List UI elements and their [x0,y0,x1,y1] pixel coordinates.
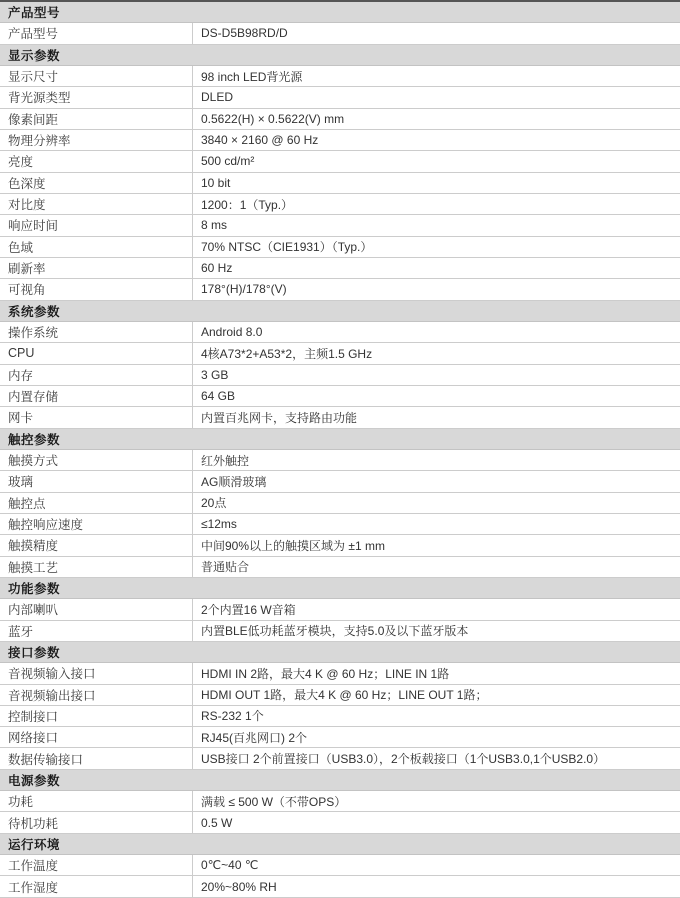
spec-label: 控制接口 [0,706,193,726]
table-row: 音视频输入接口HDMI IN 2路，最大4 K @ 60 Hz；LINE IN … [0,663,680,684]
spec-label: 色深度 [0,173,193,193]
table-row: CPU4核A73*2+A53*2，主频1.5 GHz [0,343,680,364]
table-row: 操作系统Android 8.0 [0,322,680,343]
table-row: 工作湿度20%~80% RH [0,876,680,897]
section-header: 接口参数 [0,642,680,663]
spec-value: 3840 × 2160 @ 60 Hz [193,130,680,150]
spec-label: 触控响应速度 [0,514,193,534]
spec-value: RS-232 1个 [193,706,680,726]
section-header: 系统参数 [0,301,680,322]
spec-value: 10 bit [193,173,680,193]
table-row: 背光源类型DLED [0,87,680,108]
spec-value: 178°(H)/178°(V) [193,279,680,299]
spec-label: 触摸方式 [0,450,193,470]
spec-value: AG顺滑玻璃 [193,471,680,491]
spec-label: 显示尺寸 [0,66,193,86]
spec-label: 可视角 [0,279,193,299]
table-row: 亮度500 cd/m² [0,151,680,172]
spec-label: 待机功耗 [0,812,193,832]
table-row: 触摸方式红外触控 [0,450,680,471]
spec-label: 功耗 [0,791,193,811]
spec-value: 红外触控 [193,450,680,470]
spec-value: 500 cd/m² [193,151,680,171]
table-row: 工作温度0℃~40 ℃ [0,855,680,876]
table-row: 显示尺寸98 inch LED背光源 [0,66,680,87]
table-row: 内存3 GB [0,365,680,386]
spec-label: 网络接口 [0,727,193,747]
spec-value: 98 inch LED背光源 [193,66,680,86]
spec-value: 60 Hz [193,258,680,278]
table-row: 控制接口RS-232 1个 [0,706,680,727]
table-row: 触摸工艺普通贴合 [0,557,680,578]
spec-label: 触摸精度 [0,535,193,555]
spec-label: 触摸工艺 [0,557,193,577]
spec-label: 音视频输入接口 [0,663,193,683]
spec-value: 中间90%以上的触摸区域为 ±1 mm [193,535,680,555]
spec-value: 70% NTSC（CIE1931）（Typ.） [193,237,680,257]
spec-value: 8 ms [193,215,680,235]
spec-value: 20点 [193,493,680,513]
table-row: 玻璃AG顺滑玻璃 [0,471,680,492]
table-row: 网络接口RJ45(百兆网口) 2个 [0,727,680,748]
spec-label: 触控点 [0,493,193,513]
spec-value: 内置百兆网卡，支持路由功能 [193,407,680,427]
table-row: 响应时间8 ms [0,215,680,236]
table-row: 产品型号DS-D5B98RD/D [0,23,680,44]
spec-label: 内置存储 [0,386,193,406]
table-row: 数据传输接口USB接口 2个前置接口（USB3.0），2个板载接口（1个USB3… [0,748,680,769]
table-row: 触摸精度中间90%以上的触摸区域为 ±1 mm [0,535,680,556]
table-row: 像素间距0.5622(H) × 0.5622(V) mm [0,109,680,130]
table-row: 待机功耗0.5 W [0,812,680,833]
spec-value: HDMI IN 2路，最大4 K @ 60 Hz；LINE IN 1路 [193,663,680,683]
table-row: 触控响应速度≤12ms [0,514,680,535]
spec-label: 工作温度 [0,855,193,875]
section-header: 触控参数 [0,429,680,450]
spec-value: RJ45(百兆网口) 2个 [193,727,680,747]
spec-label: 对比度 [0,194,193,214]
section-header: 运行环境 [0,834,680,855]
spec-value: 0℃~40 ℃ [193,855,680,875]
spec-value: 4核A73*2+A53*2，主频1.5 GHz [193,343,680,363]
spec-label: 数据传输接口 [0,748,193,768]
section-header: 电源参数 [0,770,680,791]
spec-label: 物理分辨率 [0,130,193,150]
spec-label: 网卡 [0,407,193,427]
spec-label: 背光源类型 [0,87,193,107]
spec-label: 色域 [0,237,193,257]
spec-value: ≤12ms [193,514,680,534]
table-row: 蓝牙内置BLE低功耗蓝牙模块，支持5.0及以下蓝牙版本 [0,621,680,642]
spec-value: Android 8.0 [193,322,680,342]
spec-label: 亮度 [0,151,193,171]
spec-label: 产品型号 [0,23,193,43]
spec-value: HDMI OUT 1路，最大4 K @ 60 Hz；LINE OUT 1路； [193,685,680,705]
table-row: 刷新率60 Hz [0,258,680,279]
spec-label: 内部喇叭 [0,599,193,619]
table-row: 对比度1200：1（Typ.） [0,194,680,215]
table-row: 物理分辨率3840 × 2160 @ 60 Hz [0,130,680,151]
spec-value: 2个内置16 W音箱 [193,599,680,619]
spec-label: 操作系统 [0,322,193,342]
spec-label: CPU [0,343,193,363]
spec-value: 3 GB [193,365,680,385]
spec-value: 1200：1（Typ.） [193,194,680,214]
spec-label: 玻璃 [0,471,193,491]
spec-value: 满载 ≤ 500 W（不带OPS） [193,791,680,811]
table-row: 内置存储64 GB [0,386,680,407]
table-row: 音视频输出接口HDMI OUT 1路，最大4 K @ 60 Hz；LINE OU… [0,685,680,706]
spec-label: 音视频输出接口 [0,685,193,705]
spec-label: 工作湿度 [0,876,193,896]
table-row: 触控点20点 [0,493,680,514]
spec-value: 0.5622(H) × 0.5622(V) mm [193,109,680,129]
table-row: 内部喇叭2个内置16 W音箱 [0,599,680,620]
spec-value: 20%~80% RH [193,876,680,896]
spec-value: DLED [193,87,680,107]
spec-value: 内置BLE低功耗蓝牙模块，支持5.0及以下蓝牙版本 [193,621,680,641]
spec-value: USB接口 2个前置接口（USB3.0），2个板载接口（1个USB3.0,1个U… [193,748,680,768]
table-row: 色深度10 bit [0,173,680,194]
spec-value: DS-D5B98RD/D [193,23,680,43]
spec-label: 内存 [0,365,193,385]
product-spec-table: 产品型号产品型号DS-D5B98RD/D显示参数显示尺寸98 inch LED背… [0,0,680,898]
spec-value: 0.5 W [193,812,680,832]
section-header: 功能参数 [0,578,680,599]
table-row: 色域70% NTSC（CIE1931）（Typ.） [0,237,680,258]
section-header: 产品型号 [0,2,680,23]
table-row: 网卡内置百兆网卡，支持路由功能 [0,407,680,428]
spec-value: 64 GB [193,386,680,406]
spec-label: 蓝牙 [0,621,193,641]
spec-label: 刷新率 [0,258,193,278]
table-row: 功耗满载 ≤ 500 W（不带OPS） [0,791,680,812]
spec-label: 像素间距 [0,109,193,129]
section-header: 显示参数 [0,45,680,66]
spec-value: 普通贴合 [193,557,680,577]
table-row: 可视角178°(H)/178°(V) [0,279,680,300]
spec-label: 响应时间 [0,215,193,235]
